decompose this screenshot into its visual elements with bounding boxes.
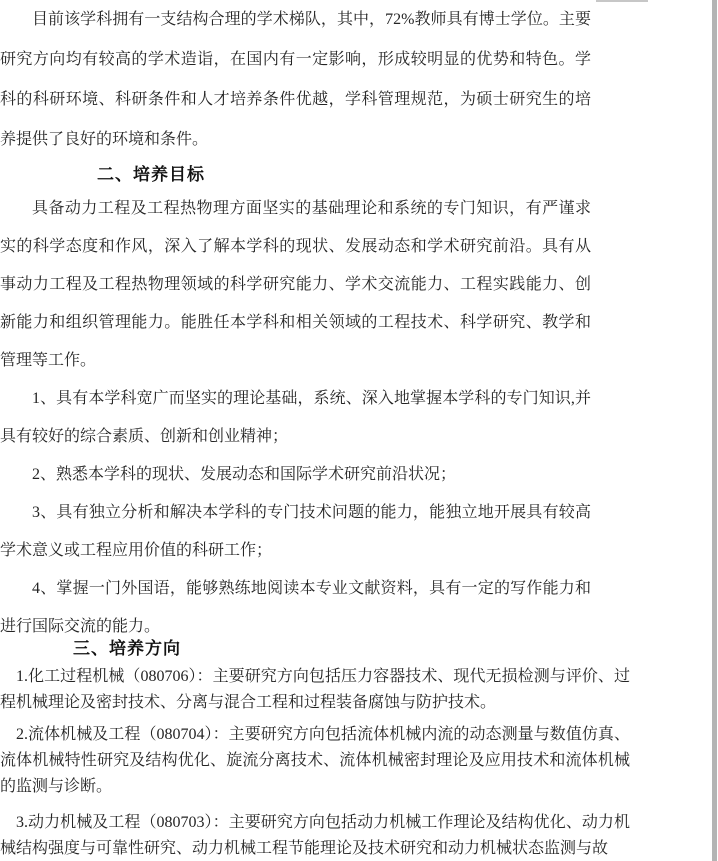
section-heading-research-directions: 三、培养方向 xyxy=(73,634,718,664)
training-goals-paragraph: 具备动力工程及工程热物理方面坚实的基础理论和系统的专门知识，有严谨求实的科学态度… xyxy=(0,190,591,380)
scan-artifact-right-strip xyxy=(712,0,717,861)
direction-item-2: 2.流体机械及工程（080704）：主要研究方向包括流体机械内流的动态测量与数值… xyxy=(0,722,630,800)
direction-item-1: 1.化工过程机械（080706）：主要研究方向包括压力容器技术、现代无损检测与评… xyxy=(0,664,630,716)
goal-item-3: 3、具有独立分析和解决本学科的专门技术问题的能力，能独立地开展具有较高学术意义或… xyxy=(0,494,591,570)
goal-item-1: 1、具有本学科宽广而坚实的理论基础，系统、深入地掌握本学科的专门知识,并具有较好… xyxy=(0,380,591,456)
goal-item-2: 2、熟悉本学科的现状、发展动态和国际学术研究前沿状况； xyxy=(0,456,591,494)
document-page: 目前该学科拥有一支结构合理的学术梯队，其中，72%教师具有博士学位。主要研究方向… xyxy=(0,0,718,861)
section-heading-training-goals: 二、培养目标 xyxy=(97,160,718,190)
intro-paragraph: 目前该学科拥有一支结构合理的学术梯队，其中，72%教师具有博士学位。主要研究方向… xyxy=(0,0,591,160)
scan-artifact-top-line xyxy=(596,0,648,2)
direction-item-3: 3.动力机械及工程（080703）：主要研究方向包括动力机械工作理论及结构优化、… xyxy=(0,810,630,861)
